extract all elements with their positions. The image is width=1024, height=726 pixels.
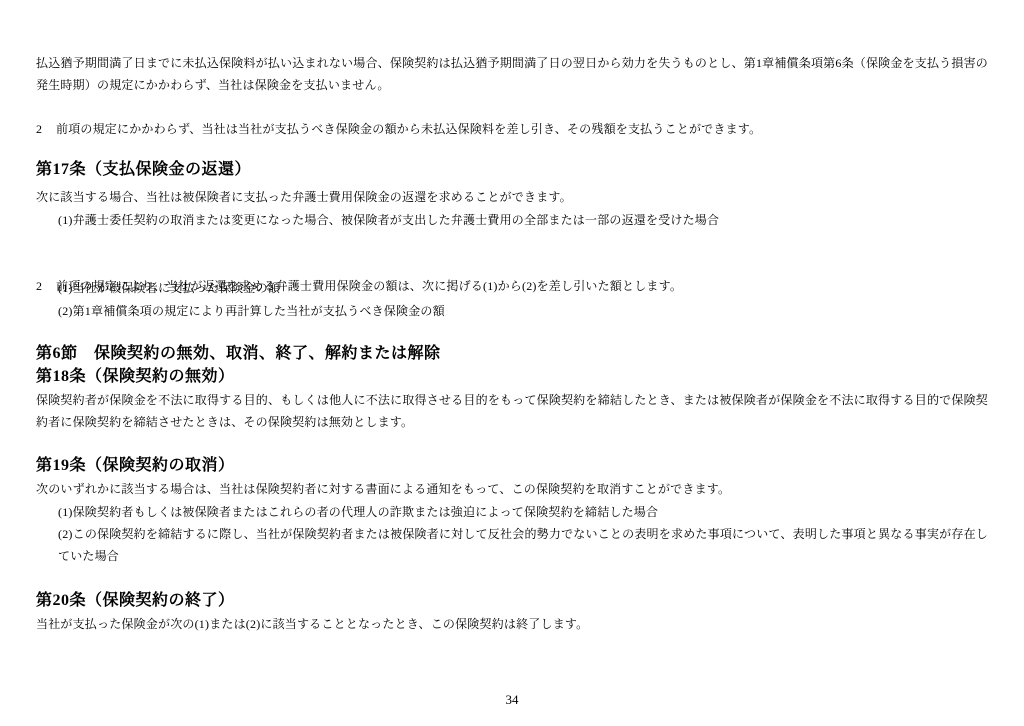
document-page: 払込猶予期間満了日までに未払込保険料が払い込まれない場合、保険契約は払込猶予期間… bbox=[0, 0, 1024, 726]
article-20-body: 当社が支払った保険金が次の(1)または(2)に該当することとなったとき、この保険… bbox=[36, 613, 988, 635]
article-20-heading: 第20条（保険契約の終了） bbox=[36, 590, 988, 612]
article-17-list-item-1: (1)弁護士委任契約の取消または変更になった場合、被保険者が支出した弁護士費用の… bbox=[58, 209, 988, 231]
article-18-body: 保険契約者が保険金を不法に取得する目的、もしくは他人に不法に取得させる目的をもっ… bbox=[36, 389, 988, 433]
page-number: 34 bbox=[0, 691, 1024, 709]
article-19-heading: 第19条（保険契約の取消） bbox=[36, 455, 988, 477]
paragraph-premium-grace-lapse: 払込猶予期間満了日までに未払込保険料が払い込まれない場合、保険契約は払込猶予期間… bbox=[36, 52, 988, 96]
article-19-body: 次のいずれかに該当する場合は、当社は保険契約者に対する書面による通知をもって、こ… bbox=[36, 478, 988, 500]
item-text: 前項の規定にかかわらず、当社は当社が支払うべき保険金の額から未払込保険料を差し引… bbox=[36, 118, 988, 140]
article-17-clause-2-item-2: (2)第1章補償条項の規定により再計算した当社が支払うべき保険金の額 bbox=[58, 300, 988, 322]
item-number: 2 bbox=[36, 118, 42, 140]
article-17-clause-2-item-1: (1)当社が被保険者に支払った保険金の額 bbox=[58, 277, 988, 299]
article-19-list-item-2: (2)この保険契約を締結するに際し、当社が保険契約者または被保険者に対して反社会… bbox=[58, 523, 988, 567]
clause-item-2-deduction: 2 前項の規定にかかわらず、当社は当社が支払うべき保険金の額から未払込保険料を差… bbox=[36, 118, 988, 140]
article-17-heading: 第17条（支払保険金の返還） bbox=[36, 159, 988, 181]
section-6-heading: 第6節 保険契約の無効、取消、終了、解約または解除 bbox=[36, 343, 988, 365]
article-19-list-item-1: (1)保険契約者もしくは被保険者またはこれらの者の代理人の詐欺または強迫によって… bbox=[58, 501, 988, 523]
article-18-heading: 第18条（保険契約の無効） bbox=[36, 366, 988, 388]
item-number: 2 bbox=[36, 275, 42, 297]
article-17-body: 次に該当する場合、当社は被保険者に支払った弁護士費用保険金の返還を求めることがで… bbox=[36, 186, 988, 208]
